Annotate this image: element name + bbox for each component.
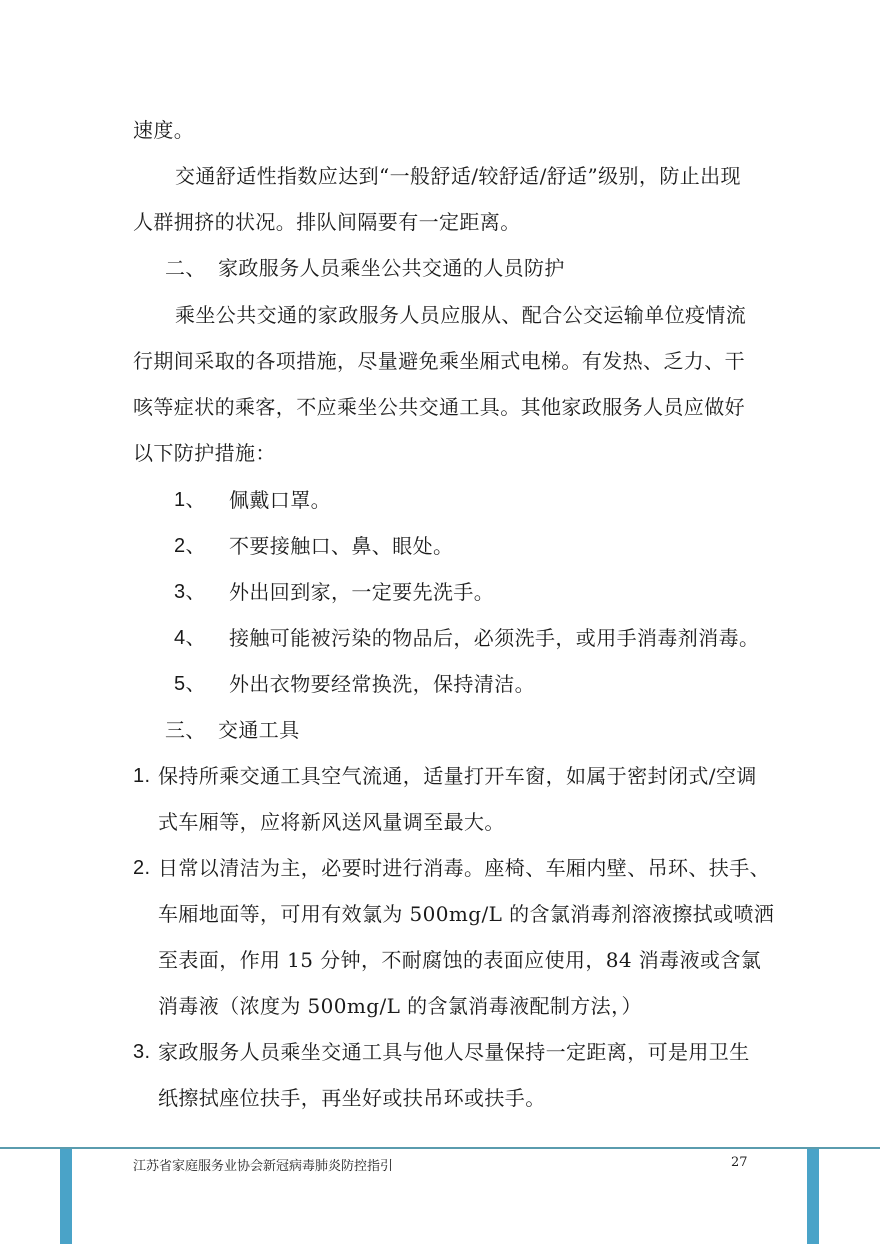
paragraph-line: 人群拥挤的状况。排队间隔要有一定距离。 — [133, 210, 521, 234]
paragraph-line: 以下防护措施： — [133, 441, 276, 465]
paragraph-line: 咳等症状的乘客，不应乘坐公共交通工具。其他家政服务人员应做好 — [133, 395, 745, 419]
list-item-line: 消毒液（浓度为 500mg/L 的含氯消毒液配制方法，） — [158, 994, 642, 1018]
paragraph-line: 行期间采取的各项措施，尽量避免乘坐厢式电梯。有发热、乏力、干 — [133, 349, 745, 373]
list-item: 外出回到家，一定要先洗手。 — [229, 580, 494, 604]
list-number: 2、 — [174, 534, 206, 558]
footer-title: 江苏省家庭服务业协会新冠病毒肺炎防控指引 — [133, 1155, 393, 1174]
list-item-line: 保持所乘交通工具空气流通，适量打开车窗，如属于密封闭式/空调 — [158, 764, 757, 788]
list-item: 接触可能被污染的物品后，必须洗手，或用手消毒剂消毒。 — [229, 626, 759, 650]
footer-divider — [0, 1147, 880, 1149]
list-number: 3、 — [174, 580, 206, 604]
list-item: 不要接触口、鼻、眼处。 — [229, 534, 453, 558]
list-number: 2. — [133, 856, 150, 880]
list-item: 佩戴口罩。 — [229, 488, 331, 512]
list-number: 1. — [133, 764, 150, 788]
paragraph-line: 速度。 — [133, 118, 194, 142]
list-number: 5、 — [174, 672, 206, 696]
list-item: 外出衣物要经常换洗，保持清洁。 — [229, 672, 535, 696]
section-number: 二、 — [165, 256, 206, 280]
footer-left-accent-bar — [60, 1149, 72, 1244]
list-number: 3. — [133, 1040, 150, 1064]
paragraph-line: 乘坐公共交通的家政服务人员应服从、配合公交运输单位疫情流 — [175, 303, 746, 327]
list-item-line: 日常以清洁为主，必要时进行消毒。座椅、车厢内壁、吊环、扶手、 — [158, 856, 770, 880]
section-number: 三、 — [165, 718, 206, 742]
list-number: 1、 — [174, 488, 206, 512]
list-item-line: 至表面，作用 15 分钟，不耐腐蚀的表面应使用，84 消毒液或含氯 — [158, 948, 761, 972]
list-item-line: 车厢地面等，可用有效氯为 500mg/L 的含氯消毒剂溶液擦拭或喷洒 — [158, 902, 774, 926]
section-heading: 家政服务人员乘坐公共交通的人员防护 — [218, 256, 565, 280]
paragraph-line: 交通舒适性指数应达到“一般舒适/较舒适/舒适”级别，防止出现 — [175, 164, 741, 188]
list-number: 4、 — [174, 626, 206, 650]
list-item-line: 式车厢等，应将新风送风量调至最大。 — [158, 810, 505, 834]
list-item-line: 纸擦拭座位扶手，再坐好或扶吊环或扶手。 — [158, 1086, 546, 1110]
page-number: 27 — [731, 1155, 748, 1170]
list-item-line: 家政服务人员乘坐交通工具与他人尽量保持一定距离，可是用卫生 — [158, 1040, 750, 1064]
footer-right-accent-bar — [807, 1149, 819, 1244]
section-heading: 交通工具 — [218, 718, 300, 742]
